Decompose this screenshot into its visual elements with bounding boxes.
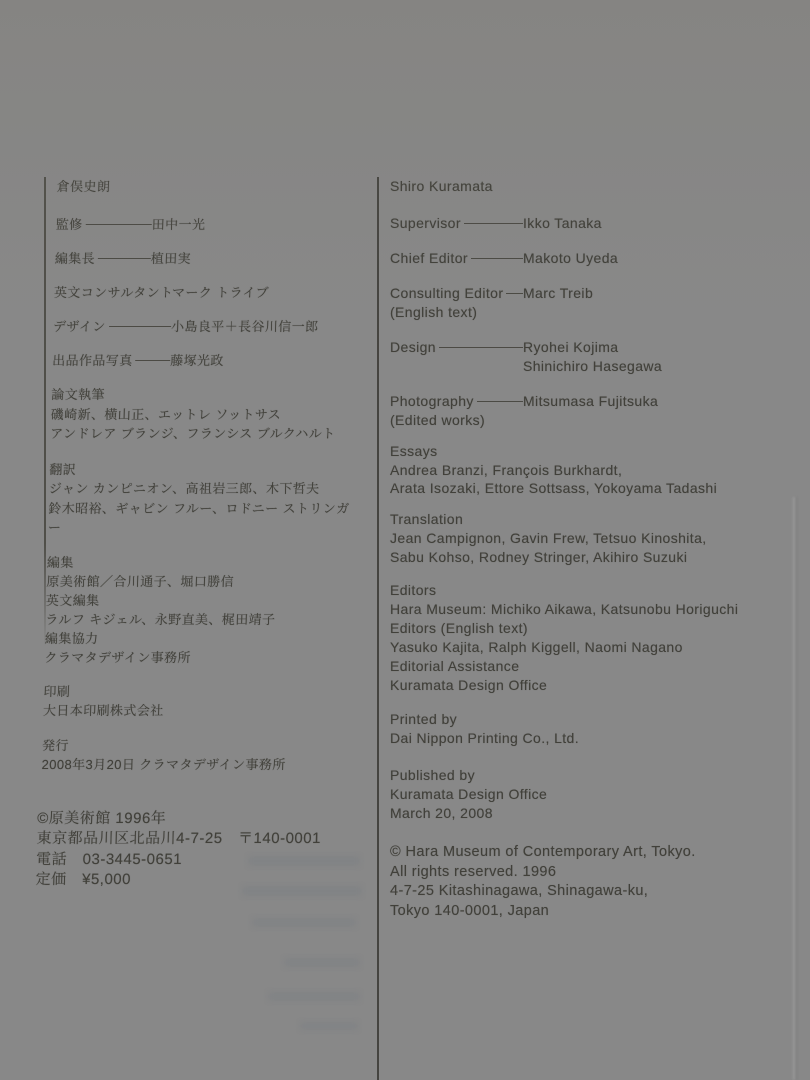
- text-line: Dai Nippon Printing Co., Ltd.: [390, 729, 785, 748]
- text-line: Translation: [390, 510, 785, 529]
- credit-row-consulting-editor: Consulting Editor Marc Treib (English te…: [390, 284, 785, 322]
- translation-section: TranslationJean Campignon, Gavin Frew, T…: [390, 510, 785, 566]
- credit-name-second: Shinichiro Hasegawa: [523, 357, 785, 376]
- leader-line: [136, 360, 171, 361]
- leader-line: [86, 224, 152, 225]
- text-line: Arata Isozaki, Ettore Sottsass, Yokoyama…: [390, 479, 785, 498]
- leader-line: [477, 401, 523, 402]
- text-line: 発行: [42, 736, 347, 755]
- text-line: Yasuko Kajita, Ralph Kiggell, Naomi Naga…: [390, 638, 785, 657]
- credit-row-supervision-jp: 監修 田中一光: [56, 215, 361, 234]
- credit-name: Makoto Uyeda: [523, 249, 618, 268]
- text-line: Essays: [390, 442, 785, 461]
- text-line: アンドレア ブランジ、フランシス ブルクハルト: [50, 424, 356, 444]
- artist-name-english: Shiro Kuramata: [390, 177, 785, 196]
- text-line: ラルフ キジェル、永野直美、梶田靖子: [45, 610, 350, 629]
- text-line: Editorial Assistance: [390, 657, 785, 676]
- text-line: ©原美術館 1996年: [37, 809, 346, 830]
- copyright-block-en: © Hara Museum of Contemporary Art, Tokyo…: [390, 843, 785, 921]
- leader-line: [109, 326, 171, 327]
- credit-label: 英文コンサルタント: [54, 283, 174, 302]
- credit-label: Chief Editor: [390, 249, 468, 268]
- credit-name: 田中一光: [152, 215, 206, 234]
- center-vertical-rule: [377, 177, 379, 1080]
- leader-line: [98, 258, 151, 259]
- credit-label: Photography: [390, 392, 474, 411]
- credit-row-supervisor: Supervisor Ikko Tanaka: [390, 214, 785, 233]
- copyright-block-jp: ©原美術館 1996年東京都品川区北品川4-7-25 〒140-0001電話 0…: [35, 809, 345, 891]
- text-line: ジャン カンピニオン、高祖岩三郎、木下哲夫: [49, 479, 355, 499]
- text-line: 大日本印刷株式会社: [43, 701, 348, 720]
- text-line: March 20, 2008: [390, 804, 785, 823]
- text-line: 定価 ¥5,000: [35, 870, 344, 891]
- credit-label: Design: [390, 338, 436, 357]
- text-line: 2008年3月20日 クラマタデザイン事務所: [41, 755, 346, 774]
- credit-row-design-jp: デザイン 小島良平＋長谷川信一郎: [53, 317, 358, 336]
- credit-name: Marc Treib: [523, 284, 593, 303]
- credit-row-photography: Photography Mitsumasa Fujitsuka (Edited …: [390, 392, 785, 430]
- text-line: Kuramata Design Office: [390, 676, 785, 695]
- text-line: 4-7-25 Kitashinagawa, Shinagawa-ku,: [390, 882, 785, 902]
- text-line: Tokyo 140-0001, Japan: [390, 902, 785, 922]
- left-column-vertical-rule: [44, 177, 46, 647]
- text-line: Andrea Branzi, François Burkhardt,: [390, 461, 785, 480]
- credit-row-consulting-editor-jp: 英文コンサルタント マーク トライブ: [54, 283, 359, 302]
- credit-label: 監修: [56, 215, 83, 234]
- printed-by-section: Printed byDai Nippon Printing Co., Ltd.: [390, 710, 785, 748]
- credit-name: 藤塚光政: [170, 351, 224, 370]
- credit-name: Mitsumasa Fujitsuka: [523, 392, 658, 411]
- leader-line: [506, 293, 523, 294]
- text-line: 電話 03-3445-0651: [36, 850, 345, 871]
- artist-name-japanese: 倉俣史朗: [57, 177, 362, 196]
- credit-sublabel: (Edited works): [390, 411, 785, 430]
- credit-name: 小島良平＋長谷川信一郎: [171, 317, 319, 336]
- text-line: 編集協力: [45, 629, 350, 648]
- text-line: 磯崎新、横山正、エットレ ソットサス: [51, 405, 357, 425]
- text-line: 論文執筆: [51, 385, 357, 405]
- text-line: Editors: [390, 581, 785, 600]
- leader-line: [471, 258, 523, 259]
- translation-section-jp: 翻訳ジャン カンピニオン、高祖岩三郎、木下哲夫鈴木昭裕、ギャビン フルー、ロドニ…: [48, 460, 355, 538]
- text-line: 東京都品川区北品川4-7-25 〒140-0001: [36, 829, 345, 850]
- colophon-japanese-column: 倉俣史朗 監修 田中一光 編集長 植田実 英文コンサルタント マーク トライブ …: [38, 177, 362, 891]
- credit-label: Consulting Editor: [390, 284, 503, 303]
- colophon-english-column: Shiro Kuramata Supervisor Ikko Tanaka Ch…: [390, 177, 785, 921]
- credit-row-chief-editor-jp: 編集長 植田実: [55, 249, 360, 268]
- text-line: 翻訳: [49, 460, 355, 480]
- printing-section-jp: 印刷大日本印刷株式会社: [43, 682, 349, 720]
- book-colophon-page-photo: 倉俣史朗 監修 田中一光 編集長 植田実 英文コンサルタント マーク トライブ …: [0, 0, 810, 1080]
- credit-row-chief-editor: Chief Editor Makoto Uyeda: [390, 249, 785, 268]
- text-line: All rights reserved. 1996: [390, 863, 785, 883]
- leader-line: [439, 347, 523, 348]
- text-line: Kuramata Design Office: [390, 785, 785, 804]
- essays-section-jp: 論文執筆磯崎新、横山正、エットレ ソットサスアンドレア ブランジ、フランシス ブ…: [50, 385, 357, 444]
- publication-section-jp: 発行2008年3月20日 クラマタデザイン事務所: [41, 736, 347, 774]
- credit-row-design: Design Ryohei Kojima Shinichiro Hasegawa: [390, 338, 785, 376]
- published-by-section: Published byKuramata Design OfficeMarch …: [390, 766, 785, 823]
- essays-section: EssaysAndrea Branzi, François Burkhardt,…: [390, 442, 785, 498]
- text-line: Jean Campignon, Gavin Frew, Tetsuo Kinos…: [390, 529, 785, 548]
- text-line: Published by: [390, 766, 785, 785]
- text-line: © Hara Museum of Contemporary Art, Tokyo…: [390, 843, 785, 863]
- credit-name: 植田実: [151, 249, 192, 268]
- page-edge-shadow: [792, 497, 797, 1080]
- text-line: Printed by: [390, 710, 785, 729]
- credit-label: 出品作品写真: [52, 351, 133, 370]
- text-line: Hara Museum: Michiko Aikawa, Katsunobu H…: [390, 600, 785, 619]
- text-line: 印刷: [43, 682, 348, 701]
- credit-name: Ryohei Kojima: [523, 338, 618, 357]
- editors-section-jp: 編集原美術館／合川通子、堀口勝信英文編集ラルフ キジェル、永野直美、梶田靖子編集…: [44, 553, 352, 667]
- credit-label: デザイン: [53, 317, 106, 336]
- credit-label: 編集長: [55, 249, 96, 268]
- text-line: 鈴木昭裕、ギャビン フルー、ロドニー ストリンガー: [48, 499, 354, 538]
- credit-name: マーク トライブ: [172, 283, 270, 302]
- editors-section: EditorsHara Museum: Michiko Aikawa, Kats…: [390, 581, 785, 695]
- credit-label: Supervisor: [390, 214, 461, 233]
- credit-row-photography-jp: 出品作品写真 藤塚光政: [52, 351, 357, 370]
- text-line: クラマタデザイン事務所: [44, 648, 349, 667]
- text-line: Editors (English text): [390, 619, 785, 638]
- credit-name: Ikko Tanaka: [523, 214, 602, 233]
- leader-line: [464, 223, 523, 224]
- credit-sublabel: (English text): [390, 303, 785, 322]
- text-line: 英文編集: [46, 591, 351, 610]
- text-line: Sabu Kohso, Rodney Stringer, Akihiro Suz…: [390, 548, 785, 567]
- text-line: 編集: [47, 553, 352, 572]
- text-line: 原美術館／合川通子、堀口勝信: [46, 572, 351, 591]
